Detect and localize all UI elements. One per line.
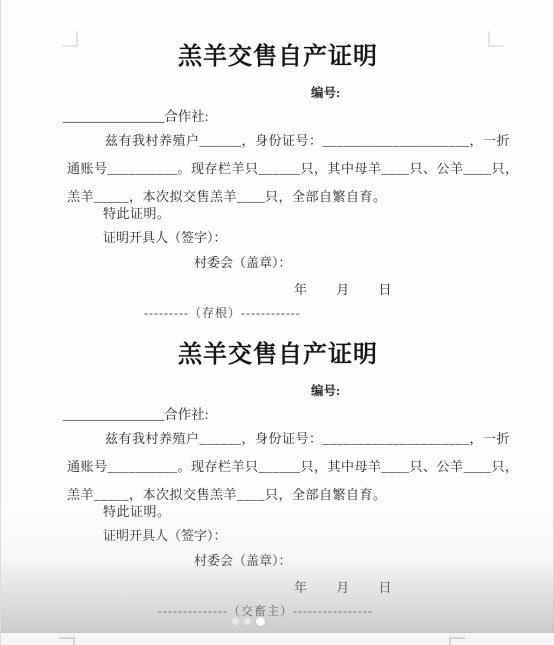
issuer-signature-line: 证明开具人（签字）： — [103, 525, 227, 544]
next-page-boundary-mark-right — [449, 637, 465, 645]
number-label: 编号: — [311, 381, 340, 399]
certificate-title: 羔羊交售自产证明 — [1, 334, 554, 369]
body-line-4: 特此证明。 — [67, 203, 171, 222]
next-page-boundary-mark-left — [59, 637, 75, 645]
certificate-owner-copy-section: 羔羊交售自产证明 编号: _______________合作社: 兹有我村养殖户… — [1, 298, 554, 628]
certificate-title: 羔羊交售自产证明 — [1, 36, 554, 71]
page-dot[interactable] — [232, 618, 239, 625]
page-dot[interactable] — [244, 618, 251, 625]
body-line-2: 通账号__________。现存栏羊只______只，其中母羊____只、公羊_… — [67, 456, 519, 475]
body-line-2: 通账号__________。现存栏羊只______只，其中母羊____只、公羊_… — [67, 158, 519, 177]
page-dot-active[interactable] — [256, 617, 265, 626]
certificate-stub-section: 羔羊交售自产证明 编号: _______________合作社: 兹有我村养殖户… — [1, 0, 554, 330]
number-label: 编号: — [311, 83, 340, 101]
cooperative-line: _______________合作社: — [63, 105, 209, 125]
village-committee-seal-line: 村委会（盖章）： — [194, 252, 292, 271]
body-line-4: 特此证明。 — [67, 501, 171, 520]
page-indicator — [232, 617, 265, 626]
body-line-1: 兹有我村养殖户______，身份证号：_____________________… — [67, 428, 510, 447]
village-committee-seal-line: 村委会（盖章）： — [194, 550, 292, 569]
body-line-1: 兹有我村养殖户______，身份证号：_____________________… — [67, 130, 510, 149]
owner-copy-separator: --------------（交畜主）---------------- — [158, 602, 373, 619]
cooperative-line: _______________合作社: — [63, 403, 209, 423]
date-line: 年 月 日 — [294, 279, 392, 298]
date-line: 年 月 日 — [294, 577, 392, 596]
issuer-signature-line: 证明开具人（签字）： — [103, 227, 227, 246]
page-gap — [1, 632, 554, 645]
document-page: 羔羊交售自产证明 编号: _______________合作社: 兹有我村养殖户… — [0, 0, 554, 645]
